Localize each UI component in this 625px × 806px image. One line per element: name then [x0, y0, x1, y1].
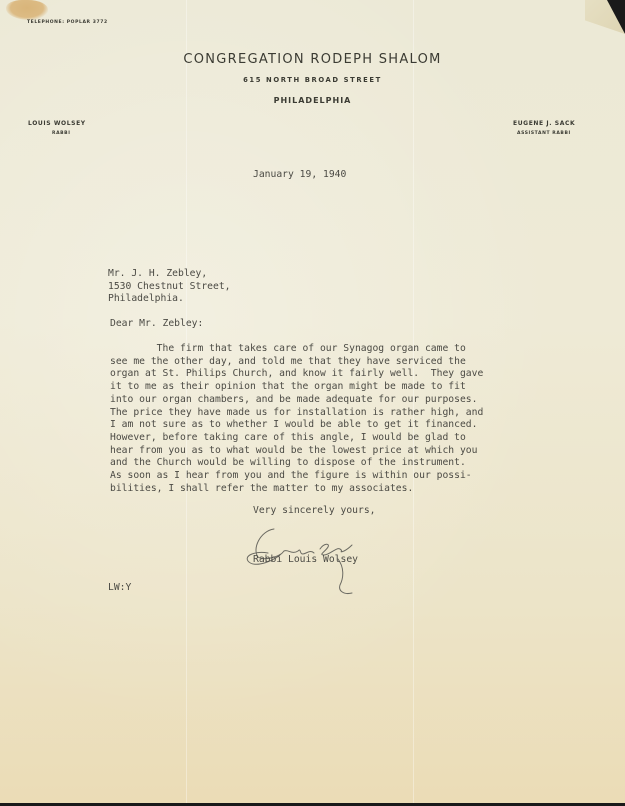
body-line: hear from you as to what would be the lo… — [110, 445, 477, 458]
body-line: and the Church would be willing to dispo… — [110, 457, 466, 470]
body-line: bilities, I shall refer the matter to my… — [110, 483, 413, 496]
assistant-rabbi-name: EUGENE J. SACK — [513, 120, 575, 127]
paper-stain — [6, 0, 48, 20]
organization-name: CONGREGATION RODEPH SHALOM — [0, 52, 625, 67]
rabbi-name: LOUIS WOLSEY — [28, 120, 86, 127]
body-line: The price they have made us for installa… — [110, 407, 483, 420]
body-line: organ at St. Philips Church, and know it… — [110, 368, 483, 381]
body-line: into our organ chambers, and be made ade… — [110, 394, 477, 407]
body-line: see me the other day, and told me that t… — [110, 356, 466, 369]
recipient-street: 1530 Chestnut Street, — [108, 281, 230, 294]
rabbi-title: RABBI — [52, 131, 70, 136]
letterhead-city: PHILADELPHIA — [0, 96, 625, 105]
body-line: it to me as their opinion that the organ… — [110, 381, 466, 394]
recipient-name: Mr. J. H. Zebley, — [108, 268, 207, 281]
letter-paper: TELEPHONE: POPLAR 3772 CONGREGATION RODE… — [0, 0, 625, 803]
assistant-rabbi-title: ASSISTANT RABBI — [517, 131, 571, 136]
signature-name: Rabbi Louis Wolsey — [253, 554, 358, 567]
body-line: The firm that takes care of our Synagog … — [110, 343, 466, 356]
letterhead-address: 615 NORTH BROAD STREET — [0, 76, 625, 84]
letter-date: January 19, 1940 — [253, 169, 346, 182]
typist-initials: LW:Y — [108, 582, 131, 595]
body-line: However, before taking care of this angl… — [110, 432, 466, 445]
recipient-city: Philadelphia. — [108, 293, 184, 306]
closing: Very sincerely yours, — [253, 505, 375, 518]
salutation: Dear Mr. Zebley: — [110, 318, 203, 331]
body-line: As soon as I hear from you and the figur… — [110, 470, 472, 483]
telephone-line: TELEPHONE: POPLAR 3772 — [27, 20, 108, 25]
body-line: I am not sure as to whether I would be a… — [110, 419, 477, 432]
